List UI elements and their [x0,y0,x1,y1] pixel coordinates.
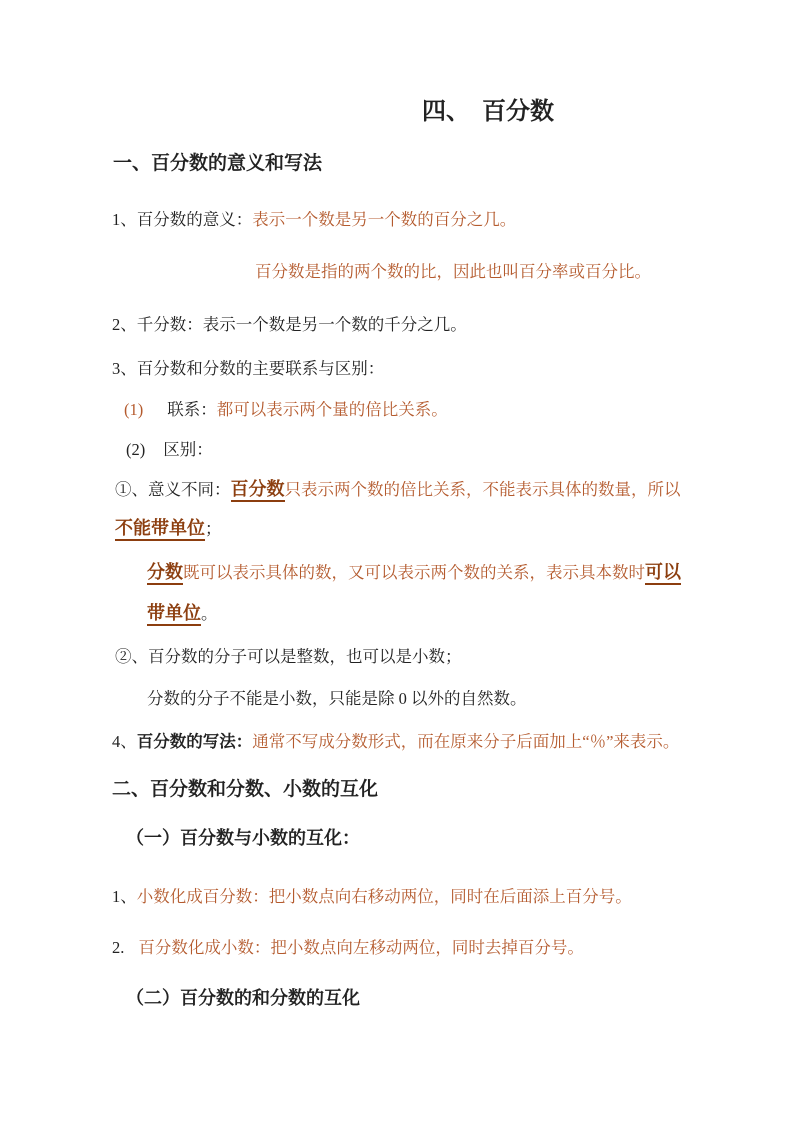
sub1-number: (1) [124,400,143,419]
diff2-punct: 。 [201,604,218,623]
section1-diff1: ①、意义不同：百分数只表示两个数的倍比关系，不能表示具体的数量，所以 [115,478,681,501]
section1-item2: 2、千分数：表示一个数是另一个数的千分之几。 [112,314,467,335]
section1-item3: 3、百分数和分数的主要联系与区别： [112,358,384,379]
diff2-term-keyi: 可以 [645,562,681,585]
diff2-text: 既可以表示具体的数，又可以表示两个数的关系，表示具本数时 [183,563,645,582]
s2-item2-number: 2. [112,938,124,957]
item4-value: 通常不写成分数形式，而在原来分子后面加上“％”来表示。 [252,732,679,751]
section2-item2: 2.百分数化成小数：把小数点向左移动两位，同时去掉百分号。 [112,937,584,958]
diff1-text: 只表示两个数的倍比关系，不能表示具体的数量，所以 [285,480,681,499]
diff1-term-baifenshu: 百分数 [231,479,285,502]
document-page: 四、 百分数 一、百分数的意义和写法 1、百分数的意义：表示一个数是另一个数的百… [0,0,793,1122]
diff2-term-fenshu: 分数 [147,562,183,585]
section1-diff2-cont: 带单位。 [147,602,218,625]
item4-number: 4、 [112,732,137,751]
item4-label: 百分数的写法： [137,733,253,751]
item1-value: 表示一个数是另一个数的百分之几。 [252,210,516,229]
section1-diff1-cont: 不能带单位； [115,517,222,540]
s2-item1-text: 小数化成百分数：把小数点向右移动两位，同时在后面添上百分号。 [137,887,632,906]
sub1-label: 联系： [167,400,217,419]
section2-sub2-heading: （二）百分数的和分数的互化 [126,987,360,1010]
section1-diff2: 分数既可以表示具体的数，又可以表示两个数的关系，表示具本数时可以 [147,561,681,584]
item1-label: 1、百分数的意义： [112,210,252,229]
section1-diff3-line2: 分数的分子不能是小数，只能是除 0 以外的自然数。 [147,688,527,709]
section2-item1: 1、小数化成百分数：把小数点向右移动两位，同时在后面添上百分号。 [112,886,632,907]
section2-sub1-heading: （一）百分数与小数的互化： [126,827,360,850]
section1-item4: 4、百分数的写法：通常不写成分数形式，而在原来分子后面加上“％”来表示。 [112,731,679,753]
sub1-value: 都可以表示两个量的倍比关系。 [217,400,448,419]
section2-heading: 二、百分数和分数、小数的互化 [112,778,378,803]
item3-text: 3、百分数和分数的主要联系与区别： [112,359,384,378]
s2-item2-text: 百分数化成小数：把小数点向左移动两位，同时去掉百分号。 [138,938,584,957]
sub2-label: 区别： [163,440,213,459]
section1-item1-note: 百分数是指的两个数的比，因此也叫百分率或百分比。 [255,261,651,282]
sub2-number: (2) [126,440,145,459]
item1-note: 百分数是指的两个数的比，因此也叫百分率或百分比。 [255,262,651,281]
section1-sub1: (1)联系：都可以表示两个量的倍比关系。 [124,399,448,420]
diff2-term-daidanwei: 带单位 [147,603,201,626]
s2-item1-number: 1、 [112,887,137,906]
diff1-term-bunengdaidanwei: 不能带单位 [115,518,205,541]
diff3-line1-text: ②、百分数的分子可以是整数，也可以是小数； [115,647,462,666]
section1-item1: 1、百分数的意义：表示一个数是另一个数的百分之几。 [112,209,516,230]
document-title: 四、 百分数 [422,96,554,127]
section1-sub2: (2)区别： [126,439,213,460]
diff3-line2-text: 分数的分子不能是小数，只能是除 0 以外的自然数。 [147,689,527,708]
section1-heading: 一、百分数的意义和写法 [113,152,322,177]
item2-text: 2、千分数：表示一个数是另一个数的千分之几。 [112,315,467,334]
diff1-punct: ； [205,519,222,538]
section1-diff3-line1: ②、百分数的分子可以是整数，也可以是小数； [115,646,462,667]
diff1-label: ①、意义不同： [115,480,231,499]
